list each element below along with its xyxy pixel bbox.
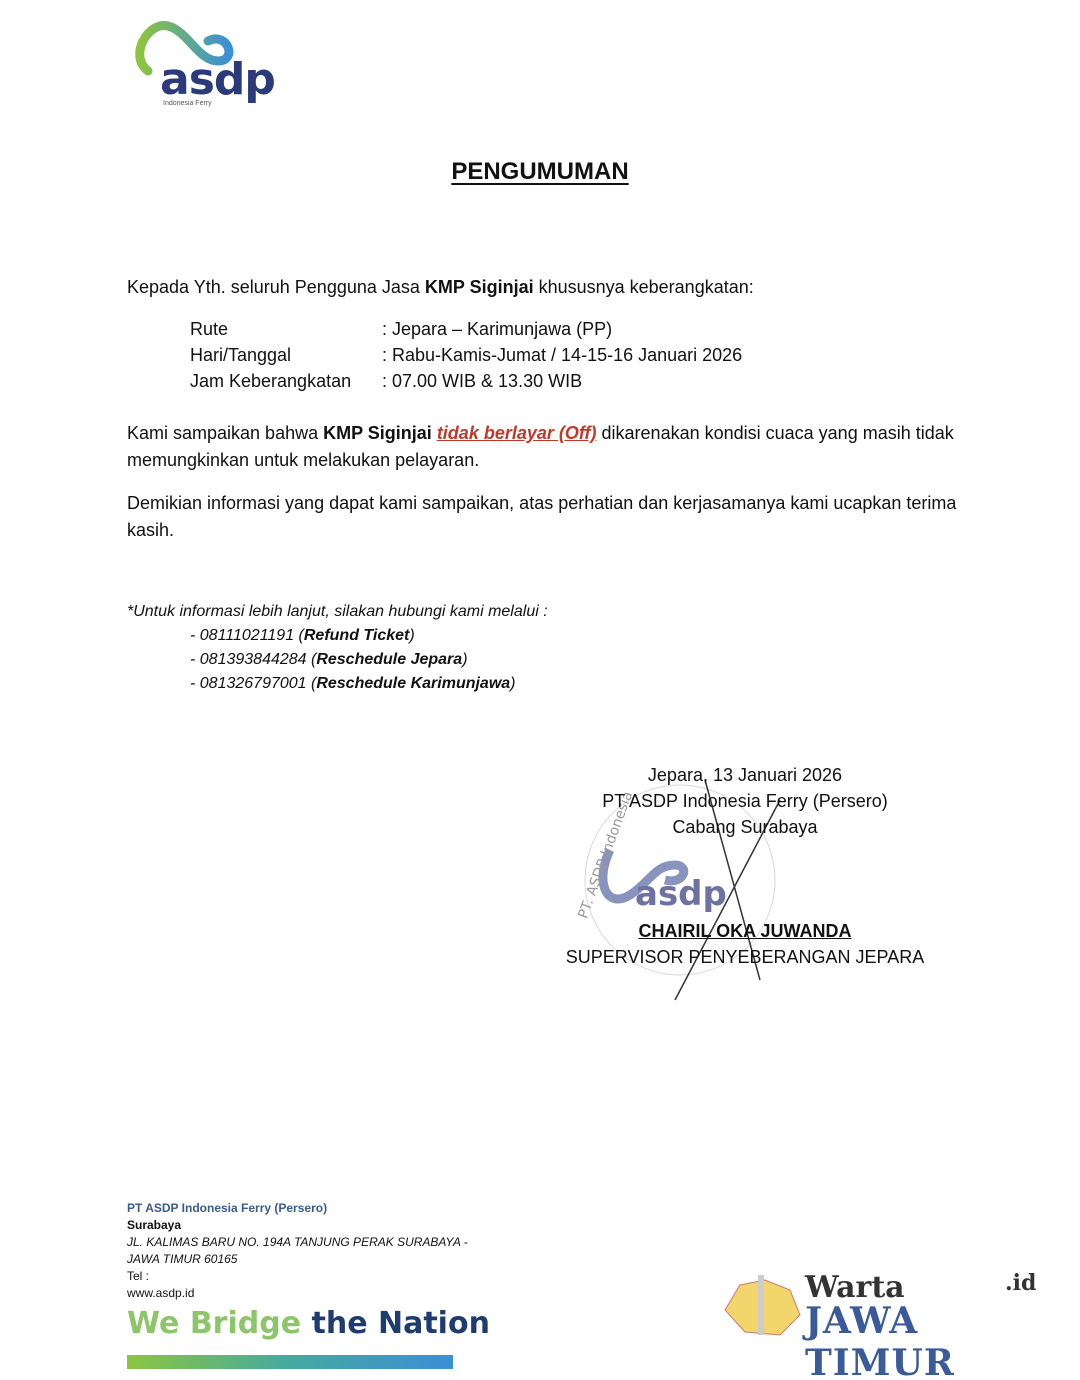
- logo-subtitle: Indonesia Ferry: [163, 100, 212, 107]
- contact-item: - 081326797001 (Reschedule Karimunjawa): [190, 672, 516, 696]
- footer-address: PT ASDP Indonesia Ferry (Persero) Suraba…: [127, 1200, 468, 1302]
- closing-paragraph: Demikian informasi yang dapat kami sampa…: [127, 490, 967, 544]
- page-title: PENGUMUMAN: [0, 158, 1080, 186]
- logo-wordmark: asdp: [160, 54, 275, 105]
- svg-text:asdp: asdp: [635, 874, 727, 914]
- contact-note: *Untuk informasi lebih lanjut, silakan h…: [127, 600, 548, 624]
- contact-item: - 081393844284 (Reschedule Jepara): [190, 648, 516, 672]
- details-table: Rute: Jepara – Karimunjawa (PP) Hari/Tan…: [190, 316, 742, 394]
- signatory: CHAIRIL OKA JUWANDA SUPERVISOR PENYEBERA…: [560, 918, 930, 970]
- intro-text: Kepada Yth. seluruh Pengguna Jasa KMP Si…: [127, 274, 754, 301]
- signatory-name: CHAIRIL OKA JUWANDA: [560, 918, 930, 944]
- signatory-position: SUPERVISOR PENYEBERANGAN JEPARA: [560, 944, 930, 970]
- website-link: www.asdp.id: [127, 1285, 468, 1302]
- signature-block: Jepara, 13 Januari 2026 PT ASDP Indonesi…: [560, 762, 930, 840]
- detail-row: Rute: Jepara – Karimunjawa (PP): [190, 316, 742, 342]
- slogan: We Bridge the Nation: [127, 1306, 490, 1341]
- watermark-logo: Warta JAWA TIMUR .id: [720, 1270, 1040, 1340]
- east-java-map-icon: [720, 1270, 805, 1340]
- announcement-paragraph: Kami sampaikan bahwa KMP Siginjai tidak …: [127, 420, 967, 474]
- contact-list: - 08111021191 (Refund Ticket) - 08139384…: [190, 624, 516, 696]
- detail-row: Jam Keberangkatan: 07.00 WIB & 13.30 WIB: [190, 368, 742, 394]
- asdp-logo: asdp Indonesia Ferry: [128, 16, 268, 111]
- detail-row: Hari/Tanggal: Rabu-Kamis-Jumat / 14-15-1…: [190, 342, 742, 368]
- status-off: tidak berlayar (Off): [437, 423, 597, 443]
- contact-item: - 08111021191 (Refund Ticket): [190, 624, 516, 648]
- gradient-bar: [127, 1355, 453, 1369]
